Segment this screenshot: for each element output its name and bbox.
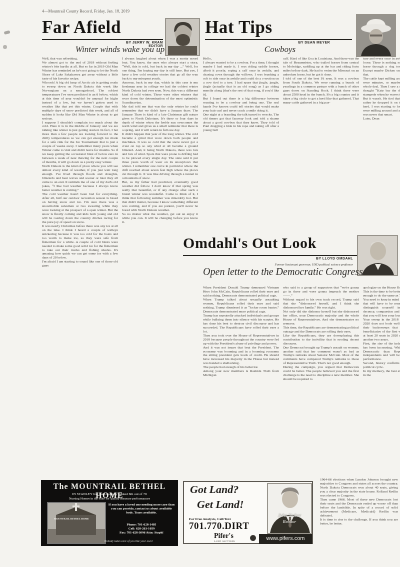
hat-tips-title: Hat Tips (205, 17, 272, 38)
bethel-home-ad: The MOUNTRAIL BETHEL HOME IN STANLEY has… (41, 480, 178, 546)
building-photo-art (48, 503, 105, 543)
hat-tips-column-3: ture and every once in awhile something … (363, 57, 400, 239)
pifers-phone: 701.770.DIRT (189, 522, 249, 532)
pifers-get-land: Get Land! (197, 499, 244, 511)
omdahl-byline: BY LLOYD OMDAHL (203, 257, 353, 261)
omdahl-photo-art (358, 236, 397, 275)
bethel-ad-phone: Phone: 701-628-1405 Cell: 628-263-1059 F… (108, 523, 175, 535)
newspaper-page: 4—Mountrail County Record, Friday, Jan. … (0, 0, 400, 567)
pifers-land-ad: Got Land? Get Land! For Free Analysis, C… (183, 481, 313, 544)
bethel-ad-body: If you have a loved one needing more car… (108, 503, 175, 515)
far-afield-subtitle: Winter winds wake you up (42, 44, 198, 54)
pifers-website-bar: www.pifers.com (259, 534, 312, 544)
hat-tips-column-2: calf. Kind of like Goa in Louisiana. And… (283, 57, 359, 237)
pifers-call-text: For Free Analysis, Call/Text (189, 517, 264, 521)
hat-tips-subtitle: Cowboys (205, 44, 355, 54)
pifers-badge-icon (250, 535, 256, 541)
omdahl-column-3-top: apologize on the House floor. This is th… (363, 286, 400, 478)
hat-tips-column-1: Hello, I always wanted to be a cowboy. F… (203, 57, 279, 237)
hat-tips-rule (205, 39, 352, 40)
page-header: 4—Mountrail County Record, Friday, Jan. … (42, 9, 192, 14)
scan-artifact (3, 45, 7, 49)
bethel-ad-line2: Nursing Homes in the state for quality m… (41, 497, 178, 501)
far-afield-column-1: Well, that was refreshing. We almost got… (42, 57, 118, 473)
scan-artifact (4, 30, 10, 34)
omdahl-credit: Former lieutenant governor, UND politica… (183, 263, 353, 267)
columnist-photo-lloyd-omdahl (358, 236, 397, 275)
bethel-ad-tagline: Nobody takes care of you like your own! (81, 540, 176, 544)
realtor-photo-art (268, 484, 311, 533)
omdahl-column-3-bottom: 1964-66 elections when Lyndon Johnson br… (320, 478, 398, 563)
realtor-photo: John Stuber Realtor (268, 484, 311, 533)
far-afield-title: Far Afield (42, 17, 121, 38)
bethel-ad-line1: IN STANLEY has been recently ranked 6th … (41, 492, 178, 496)
omdahl-column-1: When President Donald Trump demeaned Vie… (203, 286, 279, 474)
omdahl-title: Omdahl's Out Look (183, 236, 316, 253)
bethel-photo-sign: MOUNTRAIL BETHEL HOME (54, 518, 99, 521)
pifers-logo: Pifer's (214, 532, 233, 540)
columnist-photo-dean-meyer (357, 15, 395, 56)
omdahl-column-2: who said to a group of supporters that “… (283, 286, 359, 480)
realtor-title: Realtor (268, 520, 311, 525)
pifers-logo-subtext: LAND AUCTIONS (214, 540, 249, 543)
omdahl-headline: Open letter to the Democratic Congress (203, 267, 363, 278)
bethel-building-photo: MOUNTRAIL BETHEL HOME (48, 503, 105, 543)
far-afield-rule (42, 39, 163, 40)
pifers-got-land: Got Land? (190, 484, 239, 496)
cowboy-photo-art (357, 15, 395, 56)
